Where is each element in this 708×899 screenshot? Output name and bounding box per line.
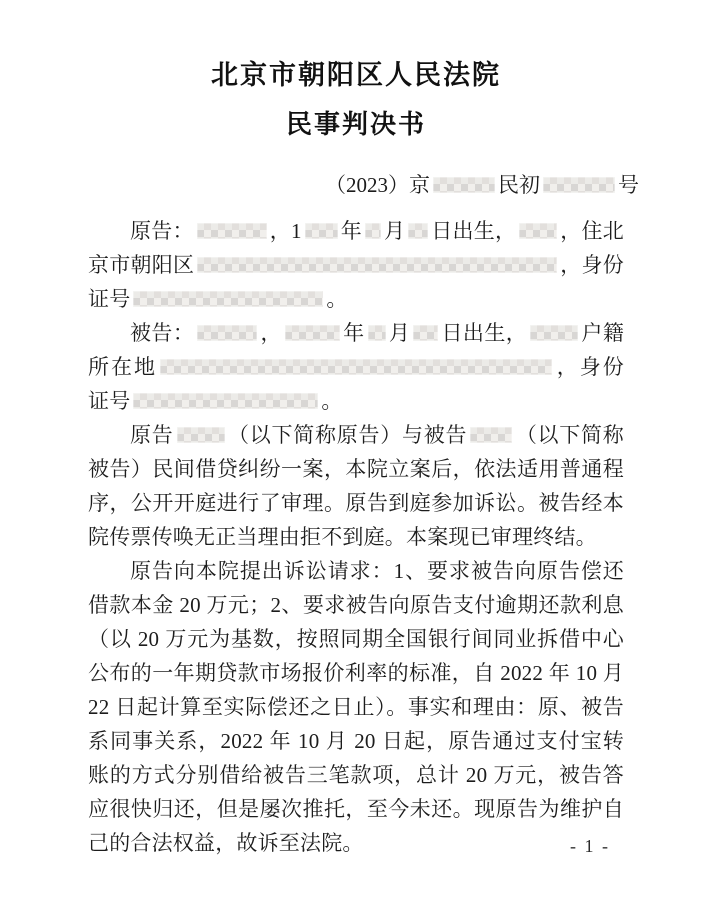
text-segment: 号: [618, 173, 639, 197]
text-segment: ，1: [270, 219, 302, 243]
text-segment: （2023）京: [325, 173, 430, 197]
page-number: - 1 -: [570, 836, 610, 857]
redaction-block: [433, 177, 495, 193]
redaction-block: [285, 325, 340, 341]
redaction-block: [133, 291, 323, 307]
case-number: （2023）京民初号: [88, 170, 624, 200]
document-type-title: 民事判决书: [88, 108, 624, 142]
redaction-block: [197, 325, 257, 341]
redaction-block: [519, 223, 557, 239]
text-segment: 月: [389, 321, 411, 345]
document-content: 北京市朝阳区人民法院 民事判决书 （2023）京民初号 原告：，1年月日出生，，…: [0, 0, 708, 860]
redaction-block: [197, 223, 267, 239]
paragraph-claims-and-facts: 原告向本院提出诉讼请求：1、要求被告向原告偿还借款本金 20 万元；2、要求被告…: [88, 554, 624, 860]
redaction-block: [160, 359, 552, 375]
text-segment: 原告：: [130, 219, 194, 243]
text-segment: 原告: [130, 423, 174, 447]
redaction-block: [365, 223, 381, 239]
redaction-block: [368, 325, 386, 341]
text-segment: 被告：: [130, 321, 194, 345]
redaction-block: [197, 257, 557, 273]
text-segment: 日出生，: [431, 219, 516, 243]
text-segment: 年: [341, 219, 362, 243]
redaction-block: [413, 325, 438, 341]
court-title: 北京市朝阳区人民法院: [88, 58, 624, 92]
text-segment: 民初: [498, 173, 540, 197]
redaction-block: [543, 177, 615, 193]
redaction-block: [408, 223, 428, 239]
text-segment: ，: [260, 321, 282, 345]
redaction-block: [177, 427, 225, 443]
redaction-block: [470, 427, 512, 443]
redaction-block: [530, 325, 578, 341]
document-body: 原告：，1年月日出生，，住北京市朝阳区，身份证号。 被告：，年月日出生，户籍所在…: [88, 214, 624, 860]
paragraph-case-procedure: 原告（以下简称原告）与被告（以下简称被告）民间借贷纠纷一案，本院立案后，依法适用…: [88, 418, 624, 554]
text-segment: 年: [343, 321, 365, 345]
text-segment: 月: [384, 219, 405, 243]
text-segment: 日出生，: [441, 321, 527, 345]
paragraph-defendant-info: 被告：，年月日出生，户籍所在地，身份证号。: [88, 316, 624, 418]
text-segment: 。: [321, 389, 342, 413]
redaction-block: [133, 393, 318, 409]
text-segment: 原告向本院提出诉讼请求：1、要求被告向原告偿还借款本金 20 万元；2、要求被告…: [88, 559, 624, 855]
redaction-block: [305, 223, 338, 239]
text-segment: 。: [326, 287, 347, 311]
paragraph-plaintiff-info: 原告：，1年月日出生，，住北京市朝阳区，身份证号。: [88, 214, 624, 316]
text-segment: （以下简称原告）与被告: [228, 423, 468, 447]
judgment-page: 北京市朝阳区人民法院 民事判决书 （2023）京民初号 原告：，1年月日出生，，…: [0, 0, 708, 899]
